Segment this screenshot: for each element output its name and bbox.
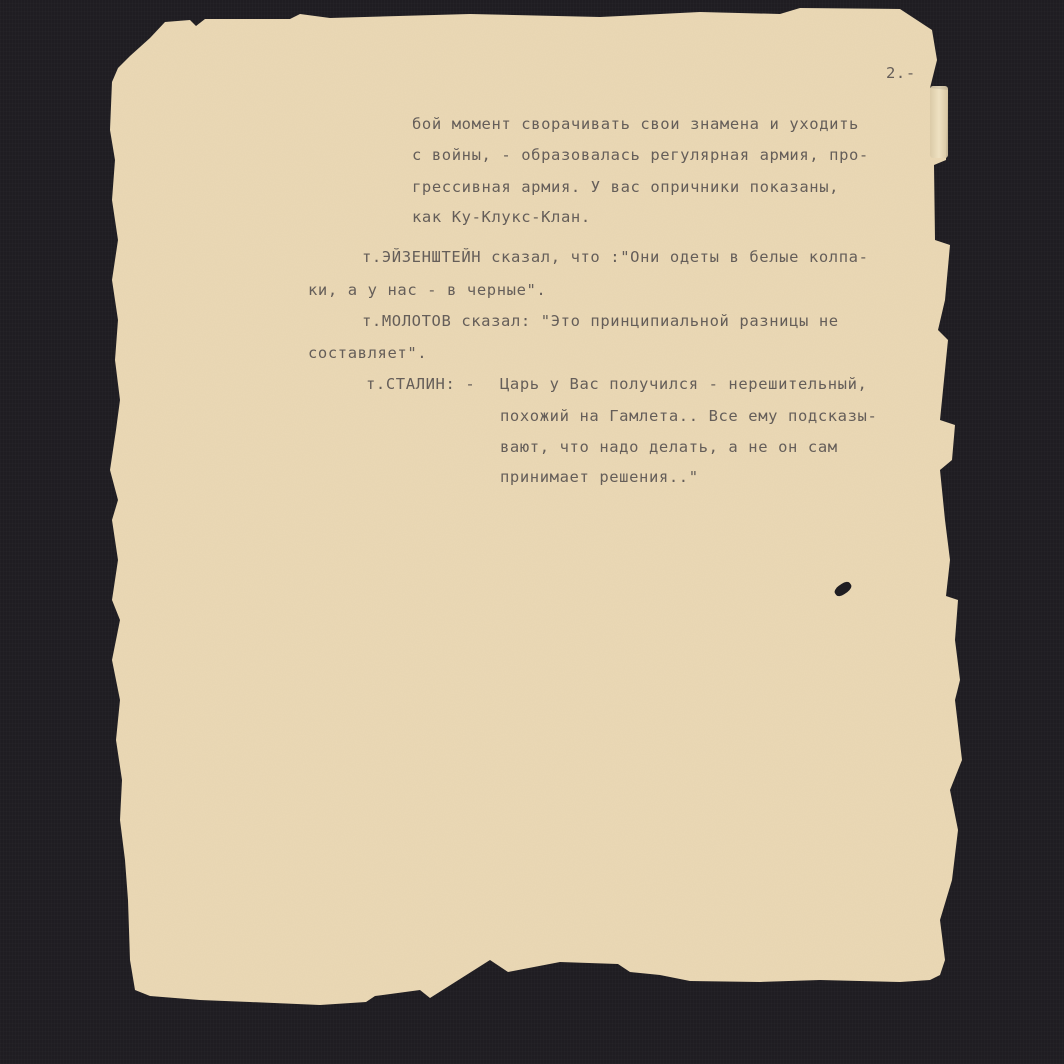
- text-line: Царь у Вас получился - нерешительный,: [500, 377, 867, 393]
- page-number: 2.-: [886, 66, 916, 82]
- text-line: ки, а у нас - в черные".: [308, 283, 546, 299]
- text-line: грессивная армия. У вас опричники показа…: [412, 180, 839, 196]
- text-line: с войны, - образовалась регулярная армия…: [412, 148, 869, 164]
- typewritten-page: 2.- бой момент сворачивать свои знамена …: [0, 0, 1064, 1064]
- text-line: принимает решения..": [500, 470, 699, 486]
- tape-strip: [930, 86, 948, 158]
- text-line: т.МОЛОТОВ сказал: "Это принципиальной ра…: [362, 314, 839, 330]
- text-line: вают, что надо делать, а не он сам: [500, 440, 838, 456]
- text-line: как Ку-Клукс-Клан.: [412, 210, 591, 226]
- text-line: т.ЭЙЗЕНШТЕЙН сказал, что :"Они одеты в б…: [362, 250, 869, 266]
- speaker-label: т.СТАЛИН: -: [366, 377, 475, 393]
- text-line: бой момент сворачивать свои знамена и ух…: [412, 117, 859, 133]
- text-line: составляет".: [308, 346, 427, 362]
- text-line: похожий на Гамлета.. Все ему подсказы-: [500, 409, 877, 425]
